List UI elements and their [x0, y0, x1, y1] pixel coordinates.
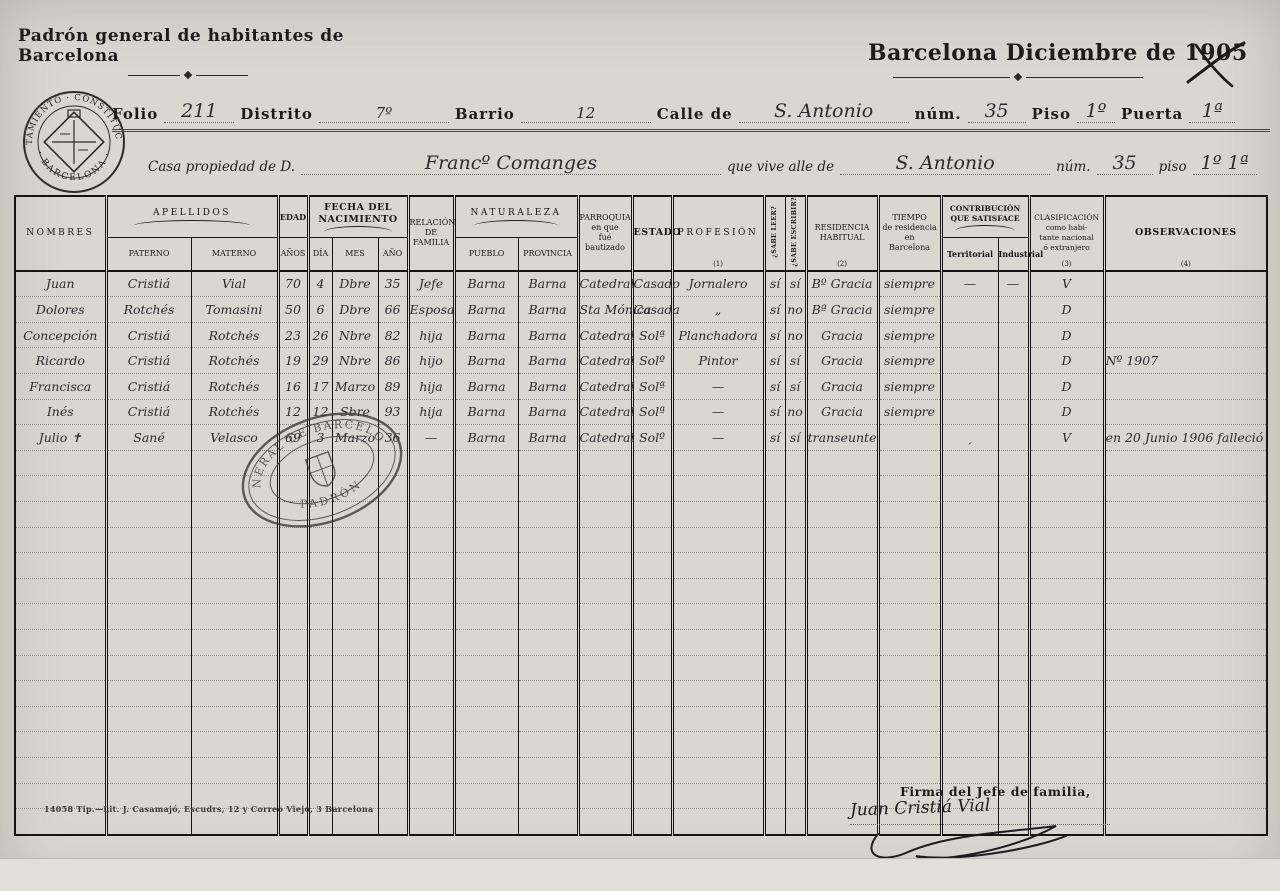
cell-provincia: [518, 527, 578, 553]
cell-provincia: Barna: [518, 425, 578, 451]
cell-relacion: Esposa: [408, 297, 454, 323]
cell-clasificacion: D: [1029, 348, 1104, 374]
cell-pueblo: Barna: [454, 297, 518, 323]
col-header-nombres: NOMBRES: [15, 196, 106, 271]
cell-tiempo: siempre: [878, 348, 941, 374]
cell-residencia: [806, 681, 878, 707]
cell-parroquia: [578, 681, 632, 707]
cell-materno: [191, 629, 278, 655]
distrito-label: Distrito: [240, 105, 313, 123]
num-label: núm.: [915, 105, 962, 123]
cell-clasificacion: [1029, 681, 1104, 707]
cell-clasificacion: [1029, 527, 1104, 553]
cell-clasificacion: [1029, 732, 1104, 758]
cell-provincia: [518, 809, 578, 835]
cell-industrial: [998, 681, 1029, 707]
cell-sabe_escribir: no: [785, 322, 806, 348]
cell-profesion: [672, 476, 764, 502]
cell-pueblo: Barna: [454, 348, 518, 374]
cell-residencia: [806, 604, 878, 630]
cell-industrial: [998, 604, 1029, 630]
empty-row: [15, 681, 1267, 707]
cell-provincia: [518, 604, 578, 630]
cell-provincia: Barna: [518, 271, 578, 297]
cell-relacion: [408, 732, 454, 758]
ornament-diamond-icon: [184, 71, 192, 79]
cell-paterno: [106, 553, 191, 579]
cell-industrial: [998, 425, 1029, 451]
cell-parroquia: [578, 450, 632, 476]
address-line: Folio 211 Distrito 7º Barrio 12 Calle de…: [112, 100, 1270, 132]
cell-edad: 19: [278, 348, 308, 374]
owner-value: Francº Comanges: [301, 152, 721, 175]
brace-icon: [474, 220, 559, 226]
cell-nombres: Francisca: [15, 374, 106, 400]
cell-paterno: Rotchés: [106, 297, 191, 323]
cell-sabe_escribir: sí: [785, 348, 806, 374]
cell-sabe_leer: [764, 450, 785, 476]
cell-pueblo: [454, 450, 518, 476]
cell-ano: [378, 732, 408, 758]
cell-sabe_leer: sí: [764, 425, 785, 451]
cell-ano: [378, 783, 408, 809]
cell-industrial: [998, 399, 1029, 425]
record-row: DoloresRotchésTomasini506Dbre66EsposaBar…: [15, 297, 1267, 323]
cell-clasificacion: V: [1029, 271, 1104, 297]
cell-sabe_escribir: [785, 502, 806, 528]
cell-relacion: [408, 604, 454, 630]
cell-paterno: Cristiá: [106, 399, 191, 425]
cell-relacion: [408, 578, 454, 604]
cell-mes: [332, 757, 378, 783]
cell-observaciones: [1104, 681, 1267, 707]
cell-residencia: [806, 757, 878, 783]
cell-provincia: [518, 757, 578, 783]
cell-tiempo: [878, 502, 941, 528]
cell-clasificacion: [1029, 578, 1104, 604]
cell-observaciones: [1104, 578, 1267, 604]
cell-mes: [332, 706, 378, 732]
empty-row: [15, 732, 1267, 758]
cell-sabe_leer: sí: [764, 374, 785, 400]
cell-observaciones: [1104, 399, 1267, 425]
cell-territorial: [941, 655, 998, 681]
cell-parroquia: [578, 757, 632, 783]
cell-dia: [308, 732, 332, 758]
cell-relacion: [408, 681, 454, 707]
empty-row: [15, 757, 1267, 783]
cell-territorial: [941, 629, 998, 655]
cell-mes: Nbre: [332, 348, 378, 374]
cell-nombres: [15, 502, 106, 528]
cell-estado: [632, 706, 672, 732]
cell-observaciones: [1104, 502, 1267, 528]
cell-dia: [308, 578, 332, 604]
empty-row: [15, 502, 1267, 528]
cell-pueblo: [454, 732, 518, 758]
col-header-paterno: PATERNO: [106, 238, 191, 271]
cell-industrial: —: [998, 271, 1029, 297]
empty-row: [15, 629, 1267, 655]
cell-estado: Solª: [632, 374, 672, 400]
cell-relacion: [408, 706, 454, 732]
cell-clasificacion: [1029, 629, 1104, 655]
cell-profesion: [672, 604, 764, 630]
cell-residencia: [806, 629, 878, 655]
cell-provincia: [518, 706, 578, 732]
cell-dia: [308, 604, 332, 630]
census-sheet: Padrón general de habitantes de Barcelon…: [0, 0, 1280, 891]
cell-profesion: [672, 655, 764, 681]
piso-value: 1º: [1077, 100, 1115, 123]
brace-icon: [133, 220, 251, 226]
cell-territorial: [941, 604, 998, 630]
cell-ano: [378, 629, 408, 655]
cell-pueblo: [454, 655, 518, 681]
cell-industrial: [998, 757, 1029, 783]
cell-territorial: [941, 348, 998, 374]
empty-row: [15, 527, 1267, 553]
cell-provincia: [518, 783, 578, 809]
cell-industrial: [998, 629, 1029, 655]
cell-parroquia: [578, 783, 632, 809]
cell-sabe_escribir: no: [785, 399, 806, 425]
cell-tiempo: siempre: [878, 271, 941, 297]
cell-residencia: Gracia: [806, 374, 878, 400]
cell-relacion: —: [408, 425, 454, 451]
cell-pueblo: Barna: [454, 374, 518, 400]
cell-sabe_escribir: [785, 783, 806, 809]
cell-tiempo: [878, 425, 941, 451]
cell-clasificacion: [1029, 655, 1104, 681]
cell-sabe_escribir: no: [785, 297, 806, 323]
cell-sabe_escribir: [785, 732, 806, 758]
cell-paterno: [106, 604, 191, 630]
cell-pueblo: [454, 809, 518, 835]
date-heading: Barcelona Diciembre de 1905: [868, 40, 1168, 80]
cell-territorial: —: [941, 271, 998, 297]
cell-estado: Solº: [632, 348, 672, 374]
cell-ano: [378, 604, 408, 630]
cell-residencia: [806, 450, 878, 476]
cell-territorial: [941, 732, 998, 758]
cell-nombres: [15, 578, 106, 604]
cell-observaciones: en 20 Junio 1906 falleció: [1104, 425, 1267, 451]
brace-icon: [955, 225, 1015, 231]
cell-ano: 66: [378, 297, 408, 323]
cell-estado: [632, 476, 672, 502]
cell-industrial: [998, 578, 1029, 604]
puerta-value: 1ª: [1189, 100, 1235, 123]
cell-provincia: Barna: [518, 374, 578, 400]
cell-dia: 17: [308, 374, 332, 400]
cell-sabe_escribir: [785, 527, 806, 553]
distrito-value: 7º: [319, 104, 449, 123]
cell-nombres: Concepción: [15, 322, 106, 348]
record-row: FranciscaCristiáRotchés1617Marzo89hijaBa…: [15, 374, 1267, 400]
cell-profesion: Planchadora: [672, 322, 764, 348]
cell-provincia: [518, 450, 578, 476]
cell-nombres: [15, 553, 106, 579]
cell-paterno: [106, 681, 191, 707]
cell-provincia: [518, 629, 578, 655]
cell-tiempo: [878, 629, 941, 655]
cell-edad: 16: [278, 374, 308, 400]
cell-sabe_leer: [764, 809, 785, 835]
cell-residencia: [806, 732, 878, 758]
cell-ano: 89: [378, 374, 408, 400]
col-header-industrial: Industrial: [998, 238, 1029, 271]
cell-materno: [191, 757, 278, 783]
cell-pueblo: Barna: [454, 271, 518, 297]
cell-territorial: ˏ: [941, 425, 998, 451]
cell-tiempo: [878, 655, 941, 681]
cell-pueblo: [454, 783, 518, 809]
printer-imprint: 14058 Tip.—Lit. J. Casamajó, Escudrs, 12…: [44, 804, 373, 814]
cell-territorial: [941, 502, 998, 528]
cell-tiempo: [878, 732, 941, 758]
cell-observaciones: [1104, 476, 1267, 502]
col-header-parroquia: PARROQUIA en que fué bautizado: [578, 196, 632, 271]
record-row: Julio ✝SanéVelasco693Marzo36—BarnaBarnaC…: [15, 425, 1267, 451]
col-header-contribucion: CONTRIBUCIÓN QUE SATISFACE: [941, 196, 1029, 238]
cell-materno: Vial: [191, 271, 278, 297]
cell-pueblo: Barna: [454, 425, 518, 451]
cell-edad: 23: [278, 322, 308, 348]
cell-estado: [632, 681, 672, 707]
col-header-residencia: RESIDENCIA HABITUAL(2): [806, 196, 878, 271]
cell-ano: 86: [378, 348, 408, 374]
cell-provincia: Barna: [518, 348, 578, 374]
cell-relacion: hija: [408, 374, 454, 400]
cell-edad: [278, 604, 308, 630]
cell-materno: [191, 604, 278, 630]
svg-text:· PADRÓN ·: · PADRÓN ·: [283, 467, 378, 521]
cell-ano: [378, 809, 408, 835]
cell-pueblo: [454, 578, 518, 604]
cell-residencia: [806, 655, 878, 681]
col-header-fecha-nacimiento: FECHA DEL NACIMIENTO: [308, 196, 408, 238]
cell-materno: [191, 655, 278, 681]
cell-materno: [191, 706, 278, 732]
cell-relacion: [408, 502, 454, 528]
cell-industrial: [998, 553, 1029, 579]
cell-pueblo: Barna: [454, 399, 518, 425]
cell-clasificacion: D: [1029, 297, 1104, 323]
cell-parroquia: [578, 527, 632, 553]
cell-materno: Tomasini: [191, 297, 278, 323]
cell-observaciones: [1104, 604, 1267, 630]
cell-residencia: [806, 706, 878, 732]
cell-territorial: [941, 553, 998, 579]
cell-sabe_leer: sí: [764, 322, 785, 348]
empty-row: [15, 476, 1267, 502]
cell-relacion: Jefe: [408, 271, 454, 297]
cell-parroquia: [578, 476, 632, 502]
col-header-dia: DÍA: [308, 238, 332, 271]
cell-industrial: [998, 655, 1029, 681]
brace-icon: [324, 226, 392, 232]
cell-ano: [378, 757, 408, 783]
cell-sabe_leer: [764, 757, 785, 783]
cell-dia: 26: [308, 322, 332, 348]
cell-paterno: Cristiá: [106, 374, 191, 400]
cell-tiempo: [878, 450, 941, 476]
cell-nombres: Inés: [15, 399, 106, 425]
cell-profesion: [672, 757, 764, 783]
cell-clasificacion: [1029, 706, 1104, 732]
cell-sabe_escribir: [785, 450, 806, 476]
cell-estado: Solª: [632, 399, 672, 425]
cell-profesion: —: [672, 374, 764, 400]
cell-provincia: Barna: [518, 297, 578, 323]
cell-sabe_escribir: [785, 757, 806, 783]
col-header-profesion: PROFESIÓN(1): [672, 196, 764, 271]
cell-nombres: [15, 476, 106, 502]
cell-pueblo: [454, 757, 518, 783]
cell-paterno: Cristiá: [106, 322, 191, 348]
cell-profesion: [672, 578, 764, 604]
que-vive-label: que vive alle de: [727, 159, 834, 175]
cell-parroquia: Sta Mónica: [578, 297, 632, 323]
property-line: Casa propiedad de D. Francº Comanges que…: [148, 152, 1268, 175]
cell-ano: 82: [378, 322, 408, 348]
cell-nombres: Ricardo: [15, 348, 106, 374]
cell-nombres: [15, 732, 106, 758]
cell-mes: Marzo: [332, 374, 378, 400]
cell-sabe_leer: [764, 502, 785, 528]
cell-residencia: [806, 476, 878, 502]
cell-estado: [632, 604, 672, 630]
cell-paterno: [106, 629, 191, 655]
cell-territorial: [941, 399, 998, 425]
cell-profesion: [672, 629, 764, 655]
cell-nombres: [15, 604, 106, 630]
cell-estado: [632, 553, 672, 579]
cell-estado: [632, 757, 672, 783]
cell-dia: [308, 681, 332, 707]
empty-row: [15, 450, 1267, 476]
cell-clasificacion: V: [1029, 425, 1104, 451]
cell-materno: Rotchés: [191, 374, 278, 400]
col-header-tiempo: TIEMPO de residencia en Barcelona: [878, 196, 941, 271]
divider-ornament-right: [893, 74, 1143, 80]
cell-territorial: [941, 322, 998, 348]
cell-territorial: [941, 450, 998, 476]
cell-ano: 35: [378, 271, 408, 297]
cell-residencia: Bª Gracia: [806, 297, 878, 323]
empty-row: [15, 706, 1267, 732]
cell-territorial: [941, 374, 998, 400]
cell-relacion: [408, 629, 454, 655]
cell-sabe_leer: sí: [764, 399, 785, 425]
cell-edad: [278, 757, 308, 783]
cell-mes: Nbre: [332, 322, 378, 348]
cell-territorial: [941, 527, 998, 553]
cell-paterno: [106, 655, 191, 681]
cell-profesion: [672, 502, 764, 528]
col-header-mes: MES: [332, 238, 378, 271]
cell-edad: [278, 706, 308, 732]
cell-sabe_leer: sí: [764, 297, 785, 323]
cell-nombres: [15, 757, 106, 783]
cell-sabe_escribir: [785, 476, 806, 502]
cell-sabe_escribir: [785, 604, 806, 630]
page-title-text: Padrón general de habitantes de Barcelon…: [18, 26, 418, 66]
cell-paterno: [106, 502, 191, 528]
cell-territorial: [941, 476, 998, 502]
cell-relacion: [408, 809, 454, 835]
cell-relacion: hija: [408, 322, 454, 348]
cell-observaciones: [1104, 374, 1267, 400]
cell-sabe_escribir: sí: [785, 271, 806, 297]
cell-materno: Rotchés: [191, 348, 278, 374]
cell-territorial: [941, 706, 998, 732]
col-header-territorial: Territorial: [941, 238, 998, 271]
cell-sabe_leer: [764, 783, 785, 809]
date-heading-text: Barcelona Diciembre de 1905: [868, 40, 1168, 66]
record-row: RicardoCristiáRotchés1929Nbre86hijoBarna…: [15, 348, 1267, 374]
cell-sabe_escribir: [785, 706, 806, 732]
cell-edad: [278, 681, 308, 707]
cell-sabe_escribir: [785, 578, 806, 604]
col-header-sabe-leer: ¿SABE LEER?: [764, 196, 785, 271]
cell-parroquia: Catedral: [578, 348, 632, 374]
cell-estado: Solª: [632, 322, 672, 348]
cell-materno: [191, 681, 278, 707]
cell-sabe_leer: [764, 527, 785, 553]
cell-sabe_leer: [764, 706, 785, 732]
cell-parroquia: [578, 809, 632, 835]
cell-provincia: [518, 655, 578, 681]
cell-pueblo: [454, 681, 518, 707]
cell-paterno: [106, 527, 191, 553]
folio-label: Folio: [112, 105, 158, 123]
cell-observaciones: [1104, 783, 1267, 809]
cell-residencia: Gracia: [806, 348, 878, 374]
paper-edge: [0, 858, 1280, 891]
col-header-materno: MATERNO: [191, 238, 278, 271]
calle-label: Calle de: [657, 105, 733, 123]
cell-dia: 6: [308, 297, 332, 323]
cell-sabe_escribir: [785, 629, 806, 655]
cell-dia: 4: [308, 271, 332, 297]
cell-parroquia: Catedral: [578, 322, 632, 348]
owner-num-label: núm.: [1056, 159, 1090, 175]
empty-row: [15, 604, 1267, 630]
cell-mes: [332, 553, 378, 579]
cell-industrial: [998, 450, 1029, 476]
cell-residencia: [806, 527, 878, 553]
cell-paterno: [106, 757, 191, 783]
cell-territorial: [941, 681, 998, 707]
cell-parroquia: [578, 553, 632, 579]
cell-tiempo: [878, 604, 941, 630]
cell-pueblo: Barna: [454, 322, 518, 348]
cell-residencia: [806, 502, 878, 528]
cell-mes: Dbre: [332, 271, 378, 297]
cell-paterno: [106, 732, 191, 758]
cell-estado: [632, 527, 672, 553]
cell-observaciones: [1104, 757, 1267, 783]
cell-sabe_escribir: [785, 809, 806, 835]
cell-territorial: [941, 757, 998, 783]
cell-clasificacion: [1029, 757, 1104, 783]
cell-relacion: [408, 527, 454, 553]
cell-clasificacion: [1029, 450, 1104, 476]
cell-tiempo: [878, 706, 941, 732]
cell-sabe_escribir: [785, 655, 806, 681]
